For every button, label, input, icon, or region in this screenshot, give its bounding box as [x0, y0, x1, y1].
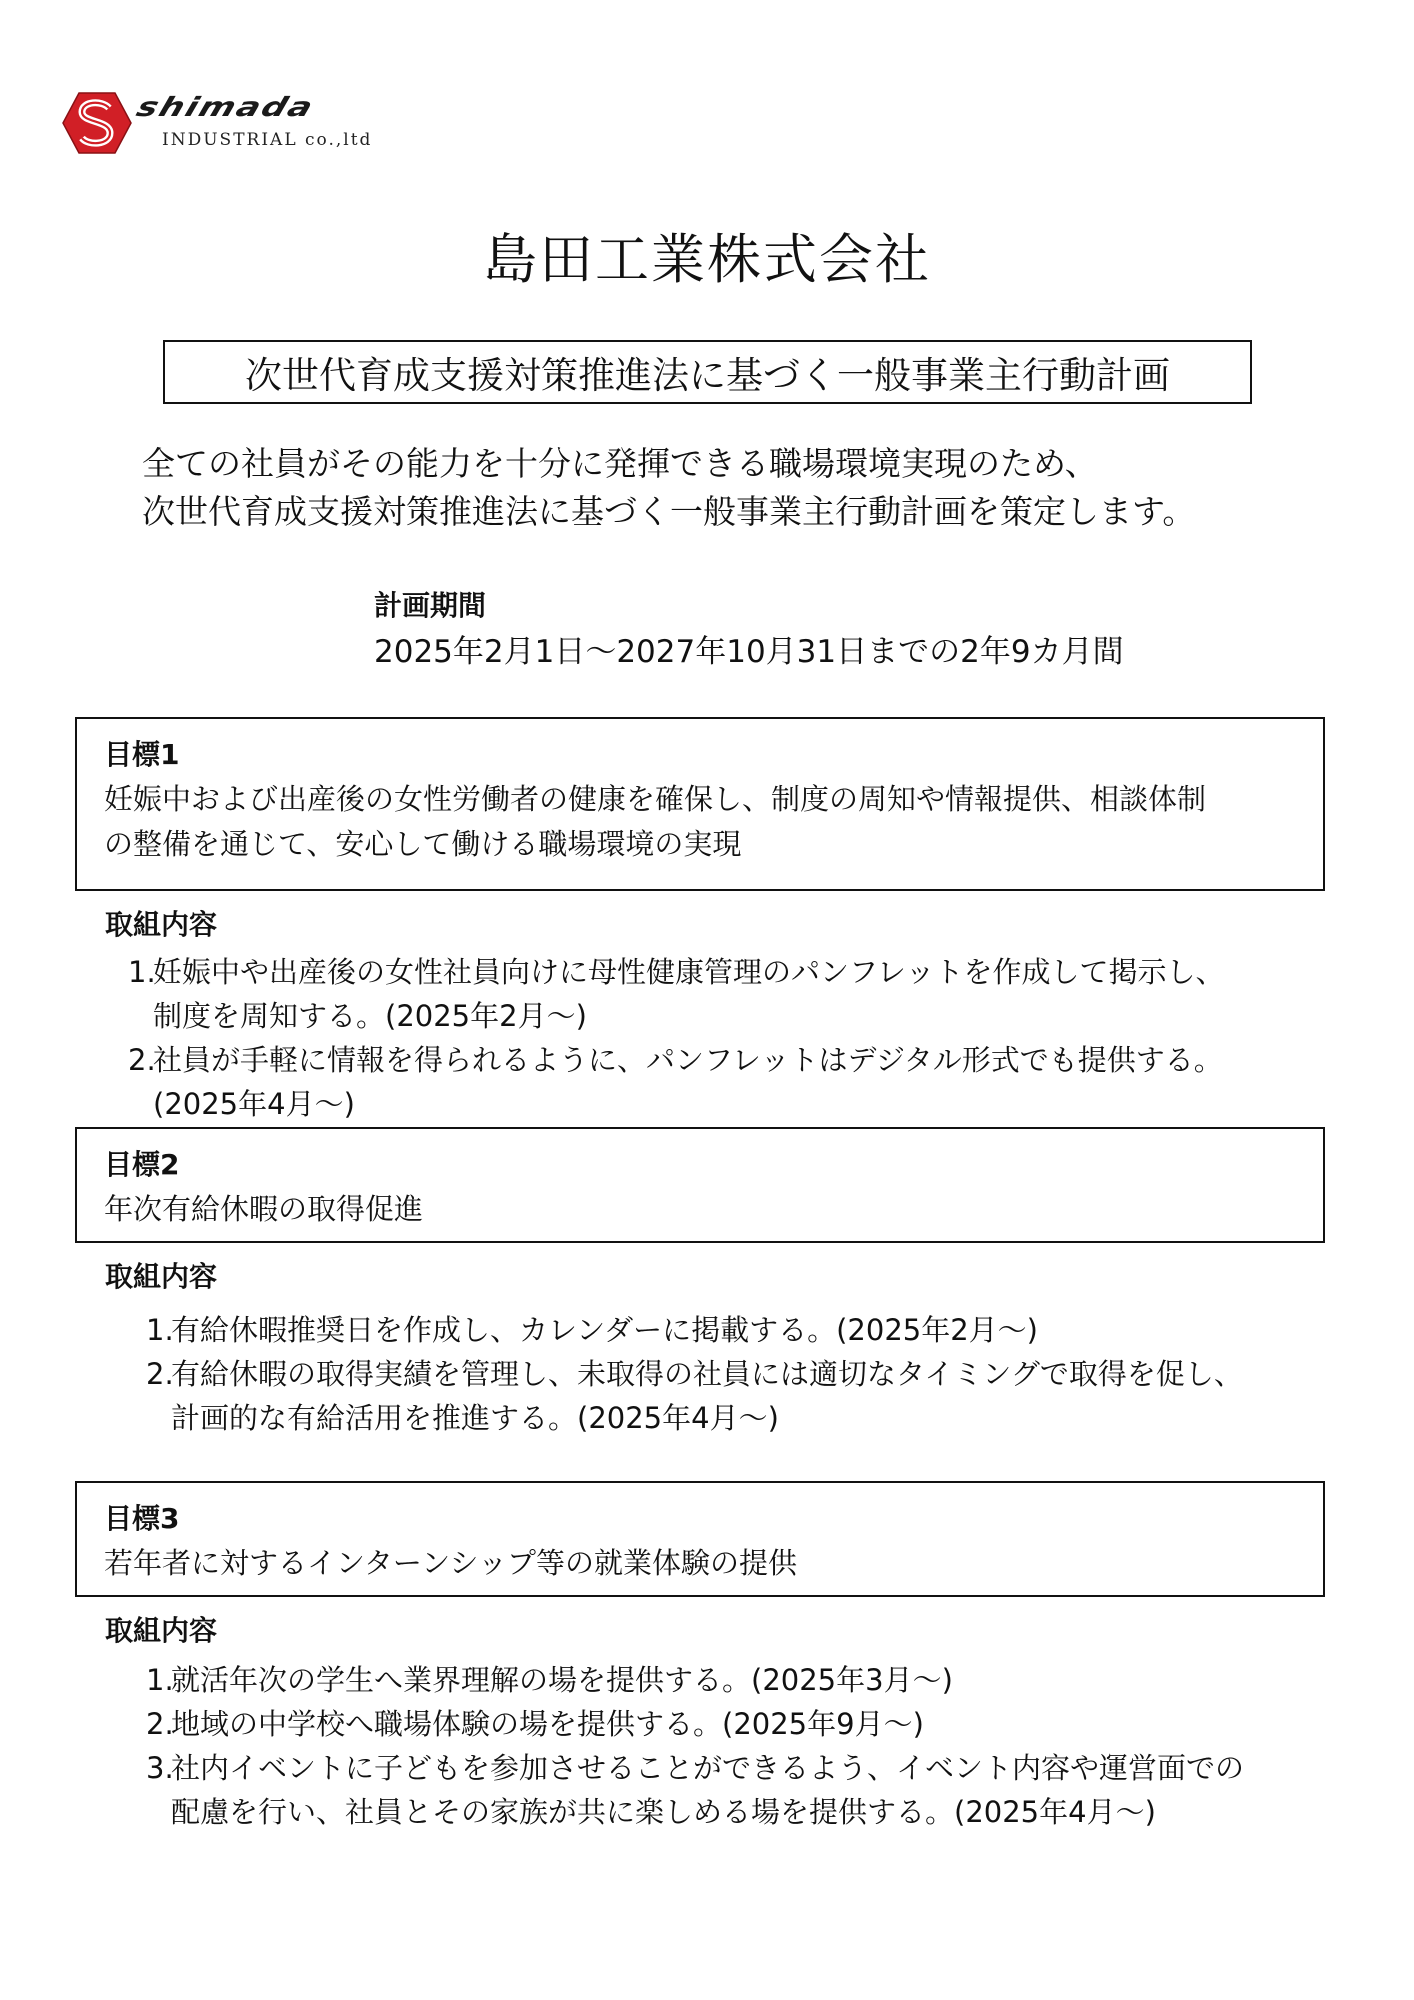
item-number: 1. — [128, 950, 153, 1038]
item-number: 2. — [146, 1352, 171, 1440]
company-name: 島田工業株式会社 — [0, 225, 1414, 295]
item-text: 地域の中学校へ職場体験の場を提供する。(2025年9月～) — [171, 1702, 924, 1746]
actions-label: 取組内容 — [105, 1257, 217, 1297]
item-number: 1. — [146, 1308, 171, 1352]
company-logo: shimada INDUSTRIAL co.,ltd — [62, 92, 462, 158]
document-title-box: 次世代育成支援対策推進法に基づく一般事業主行動計画 — [163, 340, 1252, 404]
goal-label: 目標3 — [104, 1497, 1323, 1541]
item-text: 妊娠中や出産後の女性社員向けに母性健康管理のパンフレットを作成して掲示し、 制度… — [153, 950, 1225, 1038]
list-item: 2. 有給休暇の取得実績を管理し、未取得の社員には適切なタイミングで取得を促し、… — [146, 1352, 1376, 1440]
plan-period-label: 計画期間 — [374, 586, 486, 626]
intro-line: 全ての社員がその能力を十分に発揮できる職場環境実現のため、 — [142, 440, 1342, 488]
intro-paragraph: 全ての社員がその能力を十分に発揮できる職場環境実現のため、 次世代育成支援対策推… — [142, 440, 1342, 536]
goal-box-3: 目標3 若年者に対するインターンシップ等の就業体験の提供 — [75, 1481, 1325, 1597]
goal-text-line: 年次有給休暇の取得促進 — [104, 1187, 1323, 1232]
list-item: 1. 就活年次の学生へ業界理解の場を提供する。(2025年3月～) — [146, 1658, 1376, 1702]
action-list-3: 1. 就活年次の学生へ業界理解の場を提供する。(2025年3月～) 2. 地域の… — [146, 1658, 1376, 1834]
item-text: 就活年次の学生へ業界理解の場を提供する。(2025年3月～) — [171, 1658, 953, 1702]
logo-wordmark: shimada — [133, 94, 317, 121]
action-list-1: 1. 妊娠中や出産後の女性社員向けに母性健康管理のパンフレットを作成して掲示し、… — [128, 950, 1358, 1126]
list-item: 2. 社員が手軽に情報を得られるように、パンフレットはデジタル形式でも提供する。… — [128, 1038, 1358, 1126]
actions-label: 取組内容 — [105, 1611, 217, 1651]
item-text: 社内イベントに子どもを参加させることができるよう、イベント内容や運営面での 配慮… — [171, 1746, 1244, 1834]
item-text: 有給休暇の取得実績を管理し、未取得の社員には適切なタイミングで取得を促し、 計画… — [171, 1352, 1243, 1440]
shimada-hexagon-s-icon — [62, 92, 132, 154]
item-number: 3. — [146, 1746, 171, 1834]
goal-label: 目標2 — [104, 1143, 1323, 1187]
logo-subtitle: INDUSTRIAL co.,ltd — [162, 130, 372, 150]
actions-label: 取組内容 — [105, 905, 217, 945]
item-text: 有給休暇推奨日を作成し、カレンダーに掲載する。(2025年2月～) — [171, 1308, 1038, 1352]
goal-text-line: の整備を通じて、安心して働ける職場環境の実現 — [104, 822, 1323, 867]
item-number: 1. — [146, 1658, 171, 1702]
item-number: 2. — [128, 1038, 153, 1126]
list-item: 2. 地域の中学校へ職場体験の場を提供する。(2025年9月～) — [146, 1702, 1376, 1746]
item-number: 2. — [146, 1702, 171, 1746]
goal-box-1: 目標1 妊娠中および出産後の女性労働者の健康を確保し、制度の周知や情報提供、相談… — [75, 717, 1325, 891]
intro-line: 次世代育成支援対策推進法に基づく一般事業主行動計画を策定します。 — [142, 488, 1342, 536]
action-list-2: 1. 有給休暇推奨日を作成し、カレンダーに掲載する。(2025年2月～) 2. … — [146, 1308, 1376, 1440]
goal-box-2: 目標2 年次有給休暇の取得促進 — [75, 1127, 1325, 1243]
goal-text-line: 若年者に対するインターンシップ等の就業体験の提供 — [104, 1541, 1323, 1586]
plan-period-value: 2025年2月1日～2027年10月31日までの2年9カ月間 — [374, 630, 1124, 674]
list-item: 1. 有給休暇推奨日を作成し、カレンダーに掲載する。(2025年2月～) — [146, 1308, 1376, 1352]
list-item: 3. 社内イベントに子どもを参加させることができるよう、イベント内容や運営面での… — [146, 1746, 1376, 1834]
document-title: 次世代育成支援対策推進法に基づく一般事業主行動計画 — [245, 345, 1170, 399]
item-text: 社員が手軽に情報を得られるように、パンフレットはデジタル形式でも提供する。 (2… — [153, 1038, 1223, 1126]
goal-text-line: 妊娠中および出産後の女性労働者の健康を確保し、制度の周知や情報提供、相談体制 — [104, 777, 1323, 822]
goal-label: 目標1 — [104, 733, 1323, 777]
list-item: 1. 妊娠中や出産後の女性社員向けに母性健康管理のパンフレットを作成して掲示し、… — [128, 950, 1358, 1038]
